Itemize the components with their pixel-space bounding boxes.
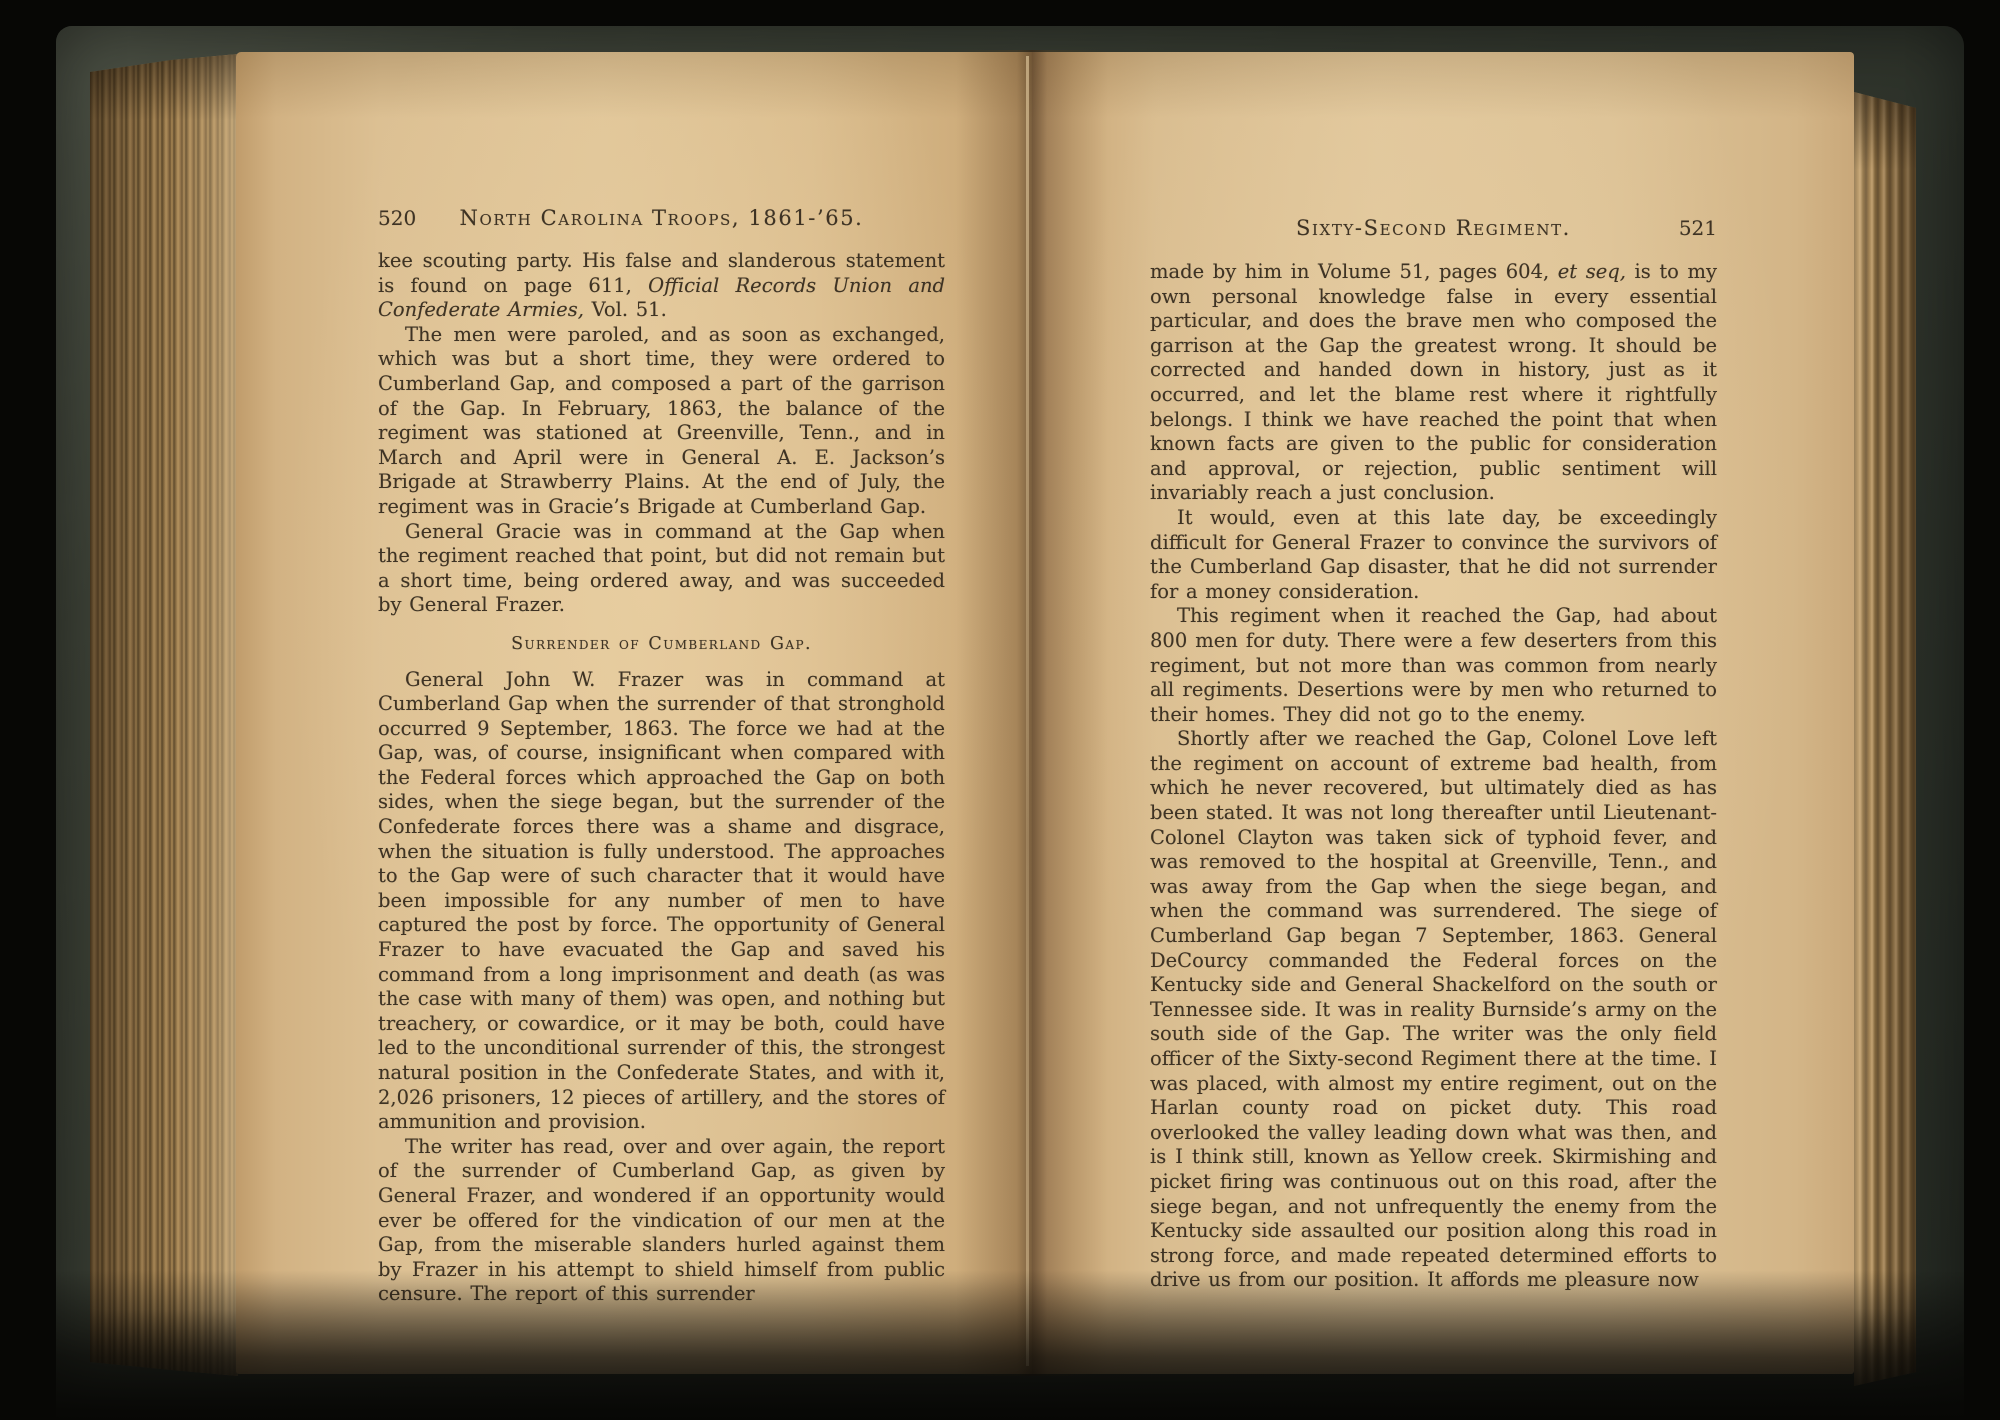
paragraph: made by him in Volume 51, pages 604, et …: [1150, 260, 1717, 506]
paragraph: The men were paroled, and as soon as exc…: [378, 323, 945, 520]
paragraph: The writer has read, over and over again…: [378, 1135, 945, 1307]
text-run: It would, even at this late day, be exce…: [1150, 506, 1717, 603]
text-run: The writer has read, over and over again…: [378, 1135, 945, 1306]
text-run: General John W. Frazer was in command at…: [378, 668, 945, 1134]
paragraph: kee scouting party. His false and slande…: [378, 249, 945, 323]
paragraph: Shortly after we reached the Gap, Colone…: [1150, 727, 1717, 1293]
text-run: This regiment when it reached the Gap, h…: [1150, 604, 1717, 725]
section-heading: Surrender of Cumberland Gap.: [378, 632, 945, 657]
text-run: Shortly after we reached the Gap, Colone…: [1150, 727, 1717, 1291]
page-edges-left: [90, 54, 238, 1376]
text-run: is to my own personal knowledge false in…: [1150, 260, 1717, 504]
right-running-head: Sixty-Second Regiment. 521: [1150, 216, 1717, 240]
right-page-number: 521: [1659, 216, 1717, 240]
left-running-head: 520 North Carolina Troops, 1861-’65.: [378, 206, 945, 230]
page-edges-right: [1854, 92, 1916, 1386]
text-run: made by him in Volume 51, pages 604,: [1150, 260, 1558, 283]
left-page-number: 520: [378, 206, 436, 230]
italic-text: et seq,: [1558, 260, 1626, 283]
paragraph: This regiment when it reached the Gap, h…: [1150, 604, 1717, 727]
left-running-title: North Carolina Troops, 1861-’65.: [436, 206, 887, 230]
right-running-title: Sixty-Second Regiment.: [1208, 216, 1659, 240]
paragraph: General John W. Frazer was in command at…: [378, 668, 945, 1135]
text-run: Vol. 51.: [584, 298, 667, 321]
text-run: The men were paroled, and as soon as exc…: [378, 323, 945, 518]
text-run: Surrender of Cumberland Gap.: [511, 634, 812, 654]
book-photo: 520 North Carolina Troops, 1861-’65. Six…: [0, 0, 2000, 1420]
text-run: General Gracie was in command at the Gap…: [378, 520, 945, 617]
paragraph: It would, even at this late day, be exce…: [1150, 506, 1717, 604]
left-page-body: kee scouting party. His false and slande…: [378, 249, 945, 1307]
right-page-body: made by him in Volume 51, pages 604, et …: [1150, 260, 1717, 1293]
paragraph: General Gracie was in command at the Gap…: [378, 520, 945, 618]
